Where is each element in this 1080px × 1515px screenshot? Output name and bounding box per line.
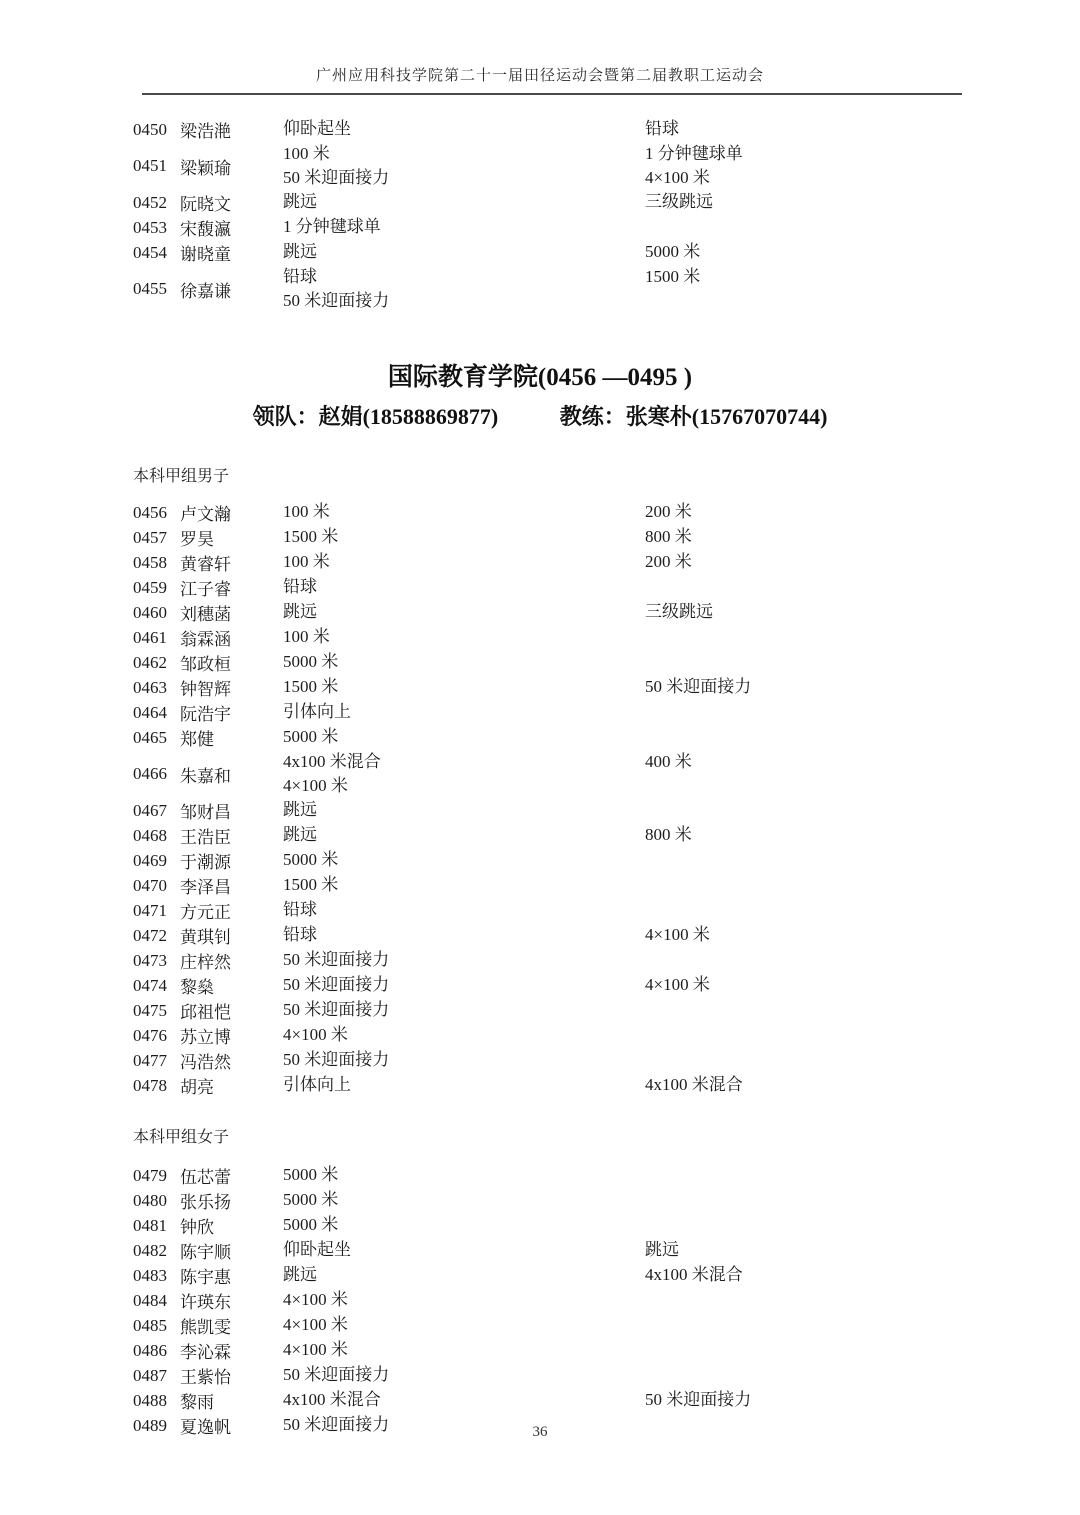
entry-row: 0463钟智辉1500 米50 米迎面接力 — [133, 675, 1020, 700]
event-item: 4x100 米混合 — [283, 750, 645, 774]
event-item: 100 米 — [283, 550, 645, 574]
athlete-name: 黎雨 — [180, 1388, 283, 1413]
entry-row: 0465郑健5000 米 — [133, 725, 1020, 750]
event-item: 4x100 米混合 — [645, 1263, 1020, 1287]
athlete-name: 邹政桓 — [180, 650, 283, 675]
event-item: 1 分钟毽球单 — [283, 215, 645, 239]
event-primary-list: 铅球 — [283, 898, 645, 922]
athlete-id: 0450 — [133, 120, 180, 140]
event-primary-list: 50 米迎面接力 — [283, 948, 645, 972]
athlete-name: 李沁霖 — [180, 1338, 283, 1363]
event-primary-list: 50 米迎面接力 — [283, 1363, 645, 1387]
event-item: 100 米 — [283, 625, 645, 649]
event-item: 50 米迎面接力 — [283, 166, 645, 190]
athlete-name: 邱祖恺 — [180, 998, 283, 1023]
event-item: 跳远 — [645, 1238, 1020, 1262]
event-primary-list: 50 米迎面接力 — [283, 998, 645, 1022]
entry-row: 0471方元正铅球 — [133, 898, 1020, 923]
athlete-name: 黄琪钊 — [180, 923, 283, 948]
section-men-label: 本科甲组男子 — [133, 463, 1080, 486]
entry-row: 0464阮浩宇引体向上 — [133, 700, 1020, 725]
athlete-name: 阮浩宇 — [180, 700, 283, 725]
event-primary-list: 4×100 米 — [283, 1313, 645, 1337]
staff-line: 领队：赵娟(18588869877) 教练：张寒朴(15767070744) — [0, 400, 1080, 431]
athlete-name: 阮晓文 — [180, 190, 283, 215]
athlete-id: 0481 — [133, 1216, 180, 1236]
event-secondary-list: 三级跳远 — [645, 600, 1020, 624]
event-primary-list: 4×100 米 — [283, 1023, 645, 1047]
athlete-name: 苏立博 — [180, 1023, 283, 1048]
athlete-name: 王紫怡 — [180, 1363, 283, 1388]
entry-row: 0483陈宇惠跳远4x100 米混合 — [133, 1263, 1020, 1288]
athlete-name: 李泽昌 — [180, 873, 283, 898]
event-primary-list: 5000 米 — [283, 650, 645, 674]
event-item: 跳远 — [283, 1263, 645, 1287]
document-page: 广州应用科技学院第二十一届田径运动会暨第二届教职工运动会 0450梁浩滟仰卧起坐… — [0, 0, 1080, 1515]
athlete-id: 0456 — [133, 503, 180, 523]
athlete-id: 0465 — [133, 728, 180, 748]
event-primary-list: 5000 米 — [283, 1213, 645, 1237]
event-item: 1500 米 — [283, 525, 645, 549]
event-secondary-list: 铅球 — [645, 117, 1020, 141]
event-item: 5000 米 — [283, 1163, 645, 1187]
event-secondary-list: 4x100 米混合 — [645, 1263, 1020, 1287]
entry-row: 0485熊凯雯4×100 米 — [133, 1313, 1020, 1338]
coach-info: 教练：张寒朴(15767070744) — [560, 404, 828, 429]
athlete-id: 0462 — [133, 653, 180, 673]
entry-row: 0466朱嘉和4x100 米混合4×100 米400 米 — [133, 750, 1020, 798]
event-primary-list: 跳远 — [283, 190, 645, 214]
entry-row: 0473庄梓然50 米迎面接力 — [133, 948, 1020, 973]
athlete-id: 0485 — [133, 1316, 180, 1336]
entry-row: 0476苏立博4×100 米 — [133, 1023, 1020, 1048]
entry-row: 0456卢文瀚100 米200 米 — [133, 500, 1020, 525]
event-item: 1 分钟毽球单 — [645, 142, 1020, 166]
athlete-name: 钟欣 — [180, 1213, 283, 1238]
entry-row: 0451梁颖瑜100 米50 米迎面接力1 分钟毽球单4×100 米 — [133, 142, 1020, 190]
event-item: 5000 米 — [645, 240, 1020, 264]
athlete-name: 张乐扬 — [180, 1188, 283, 1213]
athlete-name: 梁颖瑜 — [180, 154, 283, 179]
event-secondary-list: 400 米 — [645, 750, 1020, 774]
athlete-id: 0484 — [133, 1291, 180, 1311]
leader-info: 领队：赵娟(18588869877) — [253, 404, 499, 429]
event-item: 仰卧起坐 — [283, 1238, 645, 1262]
event-item: 5000 米 — [283, 650, 645, 674]
entry-row: 0457罗昊1500 米800 米 — [133, 525, 1020, 550]
event-item: 5000 米 — [283, 1188, 645, 1212]
event-item: 50 米迎面接力 — [645, 675, 1020, 699]
event-primary-list: 1 分钟毽球单 — [283, 215, 645, 239]
athlete-id: 0483 — [133, 1266, 180, 1286]
event-secondary-list: 200 米 — [645, 500, 1020, 524]
athlete-id: 0480 — [133, 1191, 180, 1211]
athlete-id: 0468 — [133, 826, 180, 846]
event-secondary-list: 4x100 米混合 — [645, 1073, 1020, 1097]
event-item: 跳远 — [283, 190, 645, 214]
athlete-id: 0460 — [133, 603, 180, 623]
entry-row: 0472黄琪钊铅球4×100 米 — [133, 923, 1020, 948]
roster-men: 0456卢文瀚100 米200 米0457罗昊1500 米800 米0458黄睿… — [133, 500, 1020, 1098]
event-primary-list: 跳远 — [283, 1263, 645, 1287]
athlete-id: 0459 — [133, 578, 180, 598]
event-item: 5000 米 — [283, 1213, 645, 1237]
athlete-id: 0469 — [133, 851, 180, 871]
event-item: 4×100 米 — [645, 166, 1020, 190]
event-primary-list: 1500 米 — [283, 525, 645, 549]
event-item: 4×100 米 — [283, 1338, 645, 1362]
event-item: 跳远 — [283, 600, 645, 624]
athlete-name: 黄睿轩 — [180, 550, 283, 575]
event-item: 50 米迎面接力 — [283, 973, 645, 997]
entry-row: 0459江子睿铅球 — [133, 575, 1020, 600]
athlete-name: 王浩臣 — [180, 823, 283, 848]
entry-row: 0486李沁霖4×100 米 — [133, 1338, 1020, 1363]
event-item: 50 米迎面接力 — [645, 1388, 1020, 1412]
entry-row: 0455徐嘉谦铅球50 米迎面接力1500 米 — [133, 265, 1020, 313]
athlete-id: 0461 — [133, 628, 180, 648]
entry-row: 0467邹财昌跳远 — [133, 798, 1020, 823]
event-primary-list: 1500 米 — [283, 873, 645, 897]
event-primary-list: 4×100 米 — [283, 1338, 645, 1362]
event-item: 50 米迎面接力 — [283, 998, 645, 1022]
athlete-name: 陈宇惠 — [180, 1263, 283, 1288]
entry-row: 0468王浩臣跳远800 米 — [133, 823, 1020, 848]
entry-row: 0454谢晓童跳远5000 米 — [133, 240, 1020, 265]
event-item: 跳远 — [283, 240, 645, 264]
event-item: 4×100 米 — [283, 1313, 645, 1337]
athlete-id: 0472 — [133, 926, 180, 946]
event-item: 仰卧起坐 — [283, 117, 645, 141]
event-item: 800 米 — [645, 525, 1020, 549]
entry-row: 0480张乐扬5000 米 — [133, 1188, 1020, 1213]
entry-row: 0450梁浩滟仰卧起坐铅球 — [133, 117, 1020, 142]
athlete-id: 0454 — [133, 243, 180, 263]
event-primary-list: 跳远 — [283, 240, 645, 264]
event-item: 50 米迎面接力 — [283, 1363, 645, 1387]
event-item: 三级跳远 — [645, 600, 1020, 624]
event-secondary-list: 4×100 米 — [645, 973, 1020, 997]
event-primary-list: 铅球 — [283, 923, 645, 947]
event-primary-list: 100 米 — [283, 625, 645, 649]
event-item: 5000 米 — [283, 848, 645, 872]
entry-row: 0458黄睿轩100 米200 米 — [133, 550, 1020, 575]
event-item: 铅球 — [283, 898, 645, 922]
entry-row: 0482陈宇顺仰卧起坐跳远 — [133, 1238, 1020, 1263]
athlete-name: 朱嘉和 — [180, 762, 283, 787]
event-secondary-list: 1500 米 — [645, 265, 1020, 289]
athlete-name: 翁霖涵 — [180, 625, 283, 650]
entry-row: 0478胡亮引体向上4x100 米混合 — [133, 1073, 1020, 1098]
event-primary-list: 5000 米 — [283, 1188, 645, 1212]
entry-row: 0474黎燊50 米迎面接力4×100 米 — [133, 973, 1020, 998]
entry-row: 0484许瑛东4×100 米 — [133, 1288, 1020, 1313]
event-item: 4×100 米 — [645, 923, 1020, 947]
entry-row: 0462邹政桓5000 米 — [133, 650, 1020, 675]
event-primary-list: 100 米50 米迎面接力 — [283, 142, 645, 190]
event-secondary-list: 4×100 米 — [645, 923, 1020, 947]
entry-row: 0452阮晓文跳远三级跳远 — [133, 190, 1020, 215]
athlete-name: 庄梓然 — [180, 948, 283, 973]
athlete-name: 熊凯雯 — [180, 1313, 283, 1338]
athlete-id: 0458 — [133, 553, 180, 573]
athlete-name: 刘穗菡 — [180, 600, 283, 625]
athlete-name: 黎燊 — [180, 973, 283, 998]
athlete-id: 0466 — [133, 764, 180, 784]
athlete-name: 罗昊 — [180, 525, 283, 550]
athlete-id: 0453 — [133, 218, 180, 238]
event-primary-list: 跳远 — [283, 600, 645, 624]
roster-top: 0450梁浩滟仰卧起坐铅球0451梁颖瑜100 米50 米迎面接力1 分钟毽球单… — [133, 117, 1020, 313]
athlete-id: 0471 — [133, 901, 180, 921]
athlete-name: 邹财昌 — [180, 798, 283, 823]
athlete-name: 徐嘉谦 — [180, 277, 283, 302]
event-item: 100 米 — [283, 500, 645, 524]
athlete-id: 0475 — [133, 1001, 180, 1021]
athlete-id: 0464 — [133, 703, 180, 723]
event-item: 铅球 — [645, 117, 1020, 141]
athlete-name: 于潮源 — [180, 848, 283, 873]
event-item: 跳远 — [283, 798, 645, 822]
athlete-id: 0451 — [133, 156, 180, 176]
entry-row: 0488黎雨4x100 米混合50 米迎面接力 — [133, 1388, 1020, 1413]
athlete-id: 0487 — [133, 1366, 180, 1386]
header-rule — [142, 93, 962, 95]
event-secondary-list: 三级跳远 — [645, 190, 1020, 214]
event-secondary-list: 跳远 — [645, 1238, 1020, 1262]
entry-row: 0461翁霖涵100 米 — [133, 625, 1020, 650]
entry-row: 0479伍芯蕾5000 米 — [133, 1163, 1020, 1188]
entry-row: 0469于潮源5000 米 — [133, 848, 1020, 873]
event-item: 50 米迎面接力 — [283, 1048, 645, 1072]
event-primary-list: 5000 米 — [283, 1163, 645, 1187]
event-item: 4×100 米 — [283, 1023, 645, 1047]
event-primary-list: 仰卧起坐 — [283, 117, 645, 141]
athlete-name: 卢文瀚 — [180, 500, 283, 525]
event-item: 4×100 米 — [645, 973, 1020, 997]
section-women-label: 本科甲组女子 — [133, 1124, 1080, 1147]
athlete-name: 胡亮 — [180, 1073, 283, 1098]
event-item: 铅球 — [283, 575, 645, 599]
event-item: 400 米 — [645, 750, 1020, 774]
athlete-id: 0488 — [133, 1391, 180, 1411]
event-primary-list: 仰卧起坐 — [283, 1238, 645, 1262]
event-primary-list: 跳远 — [283, 798, 645, 822]
event-primary-list: 5000 米 — [283, 725, 645, 749]
athlete-name: 宋馥瀛 — [180, 215, 283, 240]
event-item: 100 米 — [283, 142, 645, 166]
athlete-id: 0457 — [133, 528, 180, 548]
athlete-name: 伍芯蕾 — [180, 1163, 283, 1188]
athlete-id: 0479 — [133, 1166, 180, 1186]
athlete-id: 0474 — [133, 976, 180, 996]
athlete-id: 0467 — [133, 801, 180, 821]
event-item: 跳远 — [283, 823, 645, 847]
page-number: 36 — [0, 1424, 1080, 1441]
event-primary-list: 跳远 — [283, 823, 645, 847]
event-primary-list: 100 米 — [283, 550, 645, 574]
athlete-id: 0478 — [133, 1076, 180, 1096]
athlete-id: 0473 — [133, 951, 180, 971]
event-primary-list: 5000 米 — [283, 848, 645, 872]
athlete-name: 方元正 — [180, 898, 283, 923]
athlete-name: 陈宇顺 — [180, 1238, 283, 1263]
event-item: 50 米迎面接力 — [283, 948, 645, 972]
event-secondary-list: 800 米 — [645, 525, 1020, 549]
athlete-name: 梁浩滟 — [180, 117, 283, 142]
event-primary-list: 100 米 — [283, 500, 645, 524]
event-secondary-list: 50 米迎面接力 — [645, 1388, 1020, 1412]
event-primary-list: 50 米迎面接力 — [283, 973, 645, 997]
event-primary-list: 引体向上 — [283, 700, 645, 724]
athlete-name: 冯浩然 — [180, 1048, 283, 1073]
event-item: 200 米 — [645, 550, 1020, 574]
athlete-name: 许瑛东 — [180, 1288, 283, 1313]
athlete-name: 谢晓童 — [180, 240, 283, 265]
event-primary-list: 4x100 米混合 — [283, 1388, 645, 1412]
athlete-id: 0470 — [133, 876, 180, 896]
event-item: 1500 米 — [645, 265, 1020, 289]
event-item: 引体向上 — [283, 1073, 645, 1097]
event-item: 5000 米 — [283, 725, 645, 749]
event-secondary-list: 200 米 — [645, 550, 1020, 574]
college-title: 国际教育学院(0456 —0495 ) — [0, 357, 1080, 393]
athlete-id: 0477 — [133, 1051, 180, 1071]
entry-row: 0481钟欣5000 米 — [133, 1213, 1020, 1238]
entry-row: 0460刘穗菡跳远三级跳远 — [133, 600, 1020, 625]
entry-row: 0477冯浩然50 米迎面接力 — [133, 1048, 1020, 1073]
athlete-name: 江子睿 — [180, 575, 283, 600]
event-item: 4×100 米 — [283, 1288, 645, 1312]
roster-women: 0479伍芯蕾5000 米0480张乐扬5000 米0481钟欣5000 米04… — [133, 1163, 1020, 1438]
event-item: 4x100 米混合 — [283, 1388, 645, 1412]
event-secondary-list: 800 米 — [645, 823, 1020, 847]
document-header-title: 广州应用科技学院第二十一届田径运动会暨第二届教职工运动会 — [0, 0, 1080, 85]
event-item: 引体向上 — [283, 700, 645, 724]
event-primary-list: 铅球50 米迎面接力 — [283, 265, 645, 313]
event-item: 4x100 米混合 — [645, 1073, 1020, 1097]
event-item: 50 米迎面接力 — [283, 289, 645, 313]
entry-row: 0453宋馥瀛1 分钟毽球单 — [133, 215, 1020, 240]
event-item: 铅球 — [283, 265, 645, 289]
event-item: 铅球 — [283, 923, 645, 947]
athlete-id: 0476 — [133, 1026, 180, 1046]
event-primary-list: 1500 米 — [283, 675, 645, 699]
athlete-name: 钟智辉 — [180, 675, 283, 700]
event-item: 200 米 — [645, 500, 1020, 524]
event-primary-list: 4×100 米 — [283, 1288, 645, 1312]
entry-row: 0487王紫怡50 米迎面接力 — [133, 1363, 1020, 1388]
event-secondary-list: 5000 米 — [645, 240, 1020, 264]
event-primary-list: 引体向上 — [283, 1073, 645, 1097]
athlete-id: 0455 — [133, 279, 180, 299]
event-item: 1500 米 — [283, 873, 645, 897]
entry-row: 0475邱祖恺50 米迎面接力 — [133, 998, 1020, 1023]
event-secondary-list: 1 分钟毽球单4×100 米 — [645, 142, 1020, 190]
event-item: 4×100 米 — [283, 774, 645, 798]
athlete-id: 0486 — [133, 1341, 180, 1361]
event-item: 1500 米 — [283, 675, 645, 699]
athlete-id: 0452 — [133, 193, 180, 213]
event-item: 800 米 — [645, 823, 1020, 847]
event-primary-list: 4x100 米混合4×100 米 — [283, 750, 645, 798]
athlete-id: 0463 — [133, 678, 180, 698]
event-primary-list: 50 米迎面接力 — [283, 1048, 645, 1072]
entry-row: 0470李泽昌1500 米 — [133, 873, 1020, 898]
event-secondary-list: 50 米迎面接力 — [645, 675, 1020, 699]
athlete-name: 郑健 — [180, 725, 283, 750]
event-item: 三级跳远 — [645, 190, 1020, 214]
event-primary-list: 铅球 — [283, 575, 645, 599]
athlete-id: 0482 — [133, 1241, 180, 1261]
